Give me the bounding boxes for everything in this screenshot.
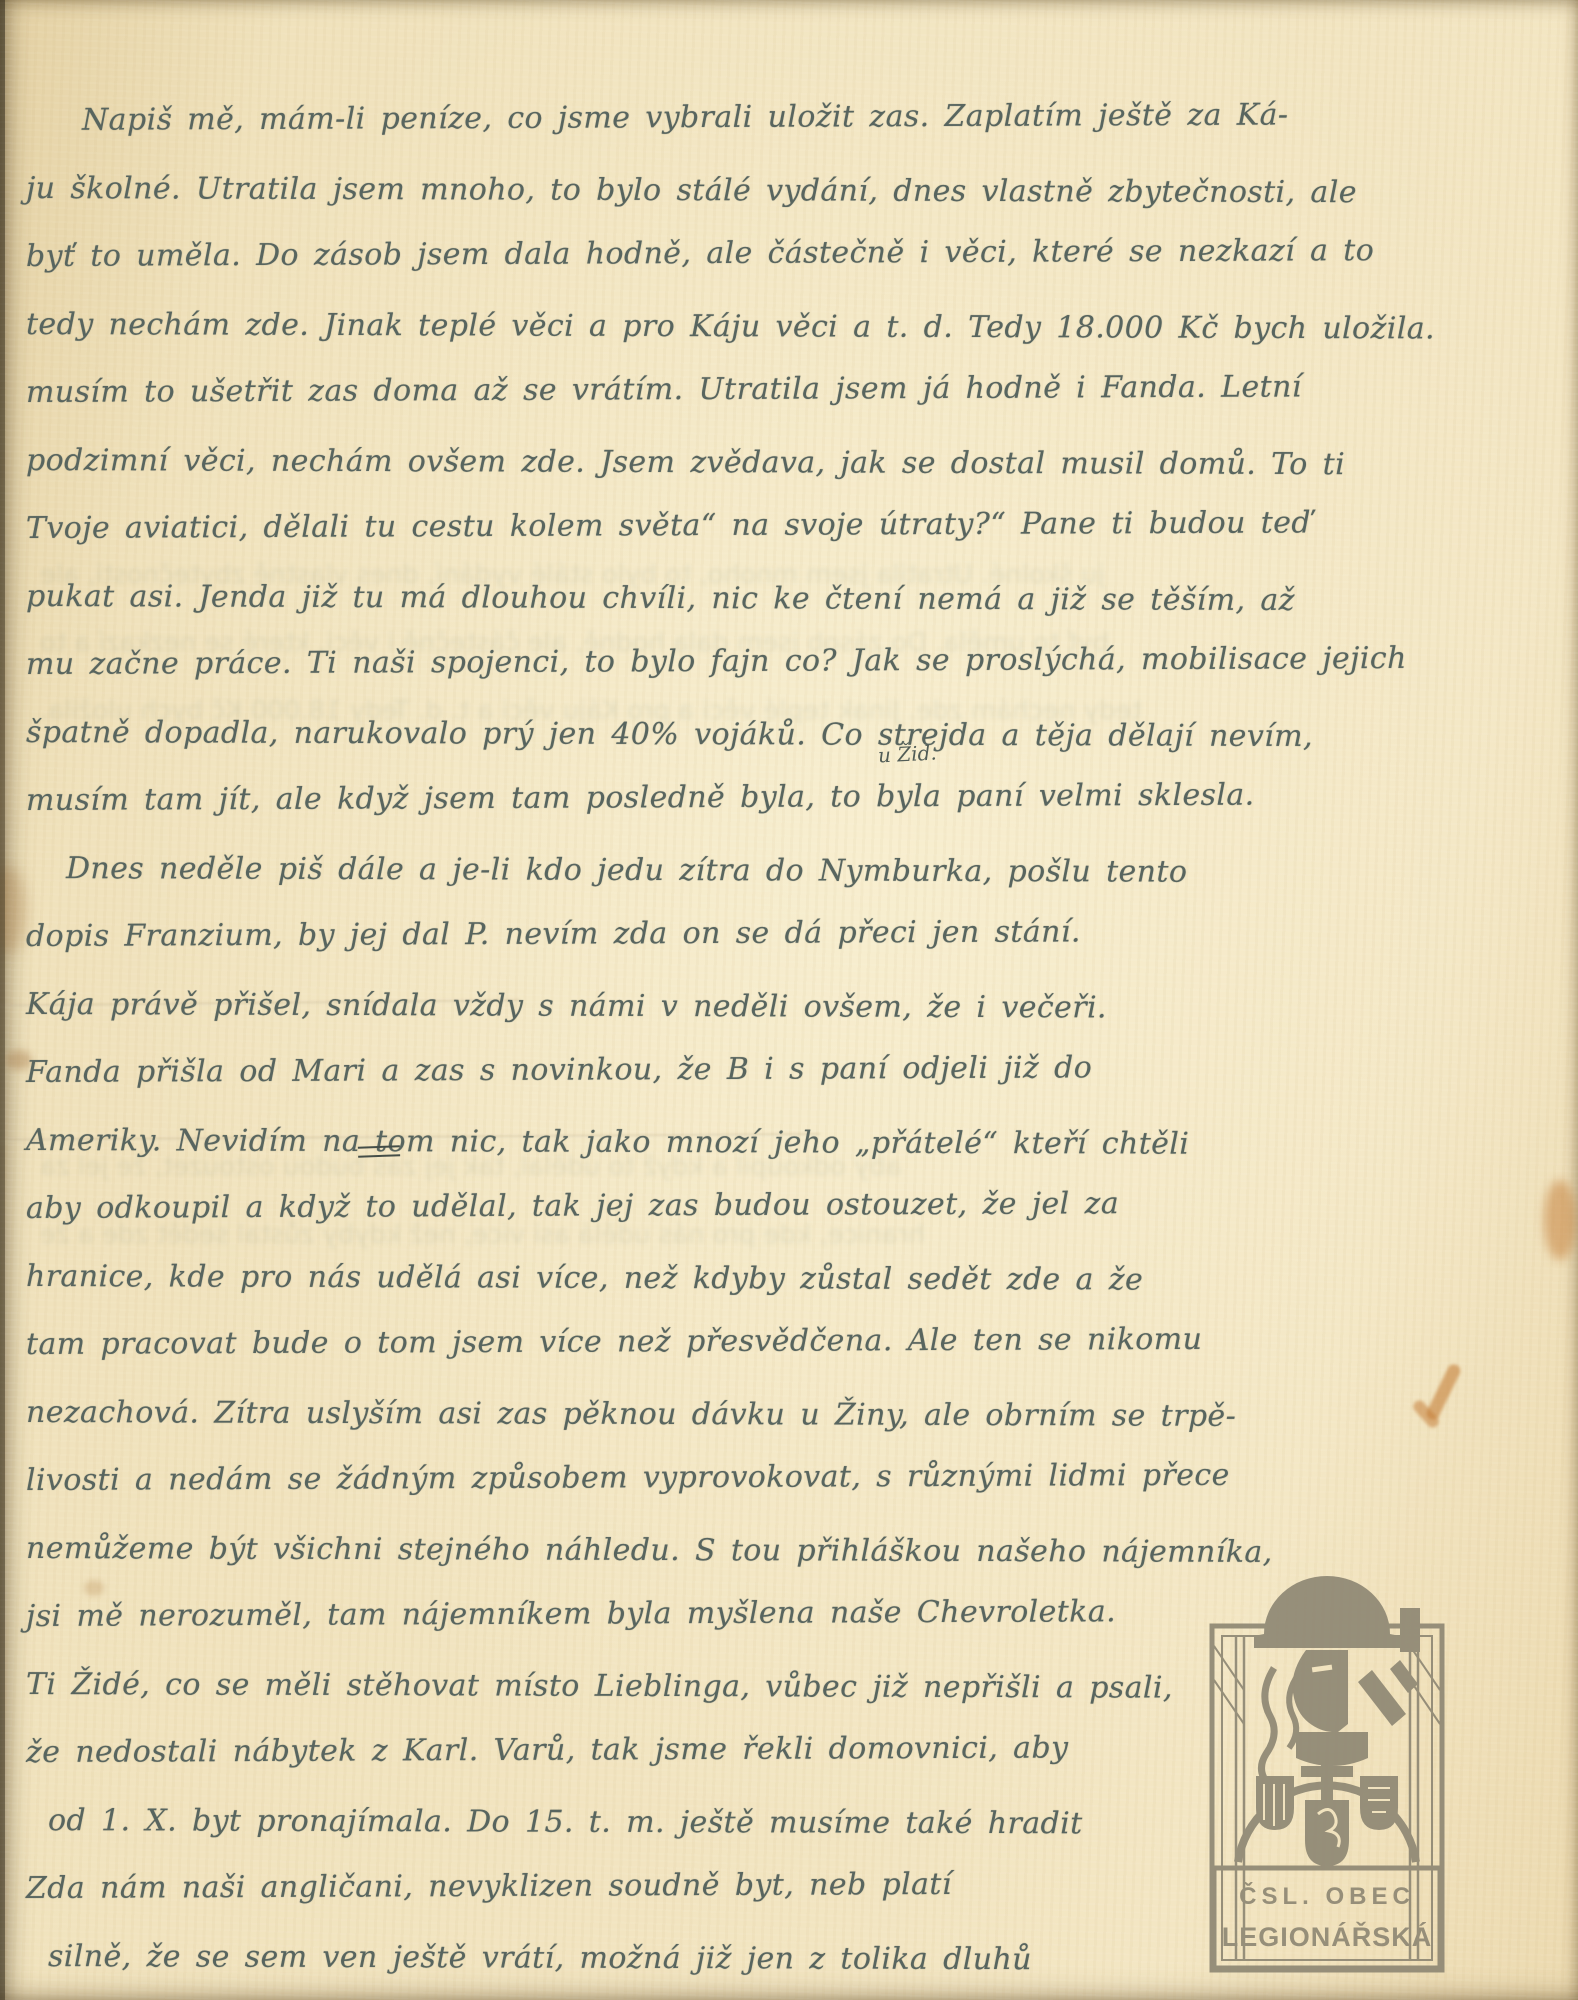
letter-body: Napiš mě, mám-li peníze, co jsme vybrali… (26, 88, 1572, 1992)
letter-line: Napiš mě, mám-li peníze, co jsme vybrali… (26, 81, 1572, 156)
interline-insertion-note: u Žid. (877, 740, 937, 767)
letter-line: Zda nám naši angličani, nevyklizen soudn… (26, 1849, 1572, 1924)
double-underline-mark (358, 1145, 400, 1157)
letter-line: livosti a nedám se žádným způsobem vypro… (26, 1441, 1572, 1516)
letter-page: ju školné. Utratila jsem mnoho, to bylo … (0, 0, 1578, 2000)
letter-line: dopis Franzium, by jej dal P. nevím zda … (26, 897, 1572, 972)
letter-line: musím tam jít, ale když jsem tam posledn… (26, 761, 1572, 836)
letter-line: že nedostali nábytek z Karl. Varů, tak j… (26, 1713, 1572, 1788)
letter-line: musím to ušetřit zas doma až se vrátím. … (26, 353, 1572, 428)
scan-edge (0, 0, 5, 2000)
letter-line: silně, že se sem ven ještě vrátí, možná … (26, 1924, 1572, 1997)
letter-line: Tvoje aviatici, dělali tu cestu kolem sv… (26, 489, 1572, 564)
letter-line: byť to uměla. Do zásob jsem dala hodně, … (26, 217, 1572, 292)
letter-line: mu začne práce. Ti naši spojenci, to byl… (26, 625, 1572, 700)
letter-line: tam pracovat bude o tom jsem více než př… (26, 1305, 1572, 1380)
letter-line: aby odkoupil a když to udělal, tak jej z… (26, 1169, 1572, 1244)
letter-line: Fanda přišla od Mari a zas s novinkou, ž… (26, 1033, 1572, 1108)
letter-line: jsi mě nerozuměl, tam nájemníkem byla my… (26, 1577, 1572, 1652)
